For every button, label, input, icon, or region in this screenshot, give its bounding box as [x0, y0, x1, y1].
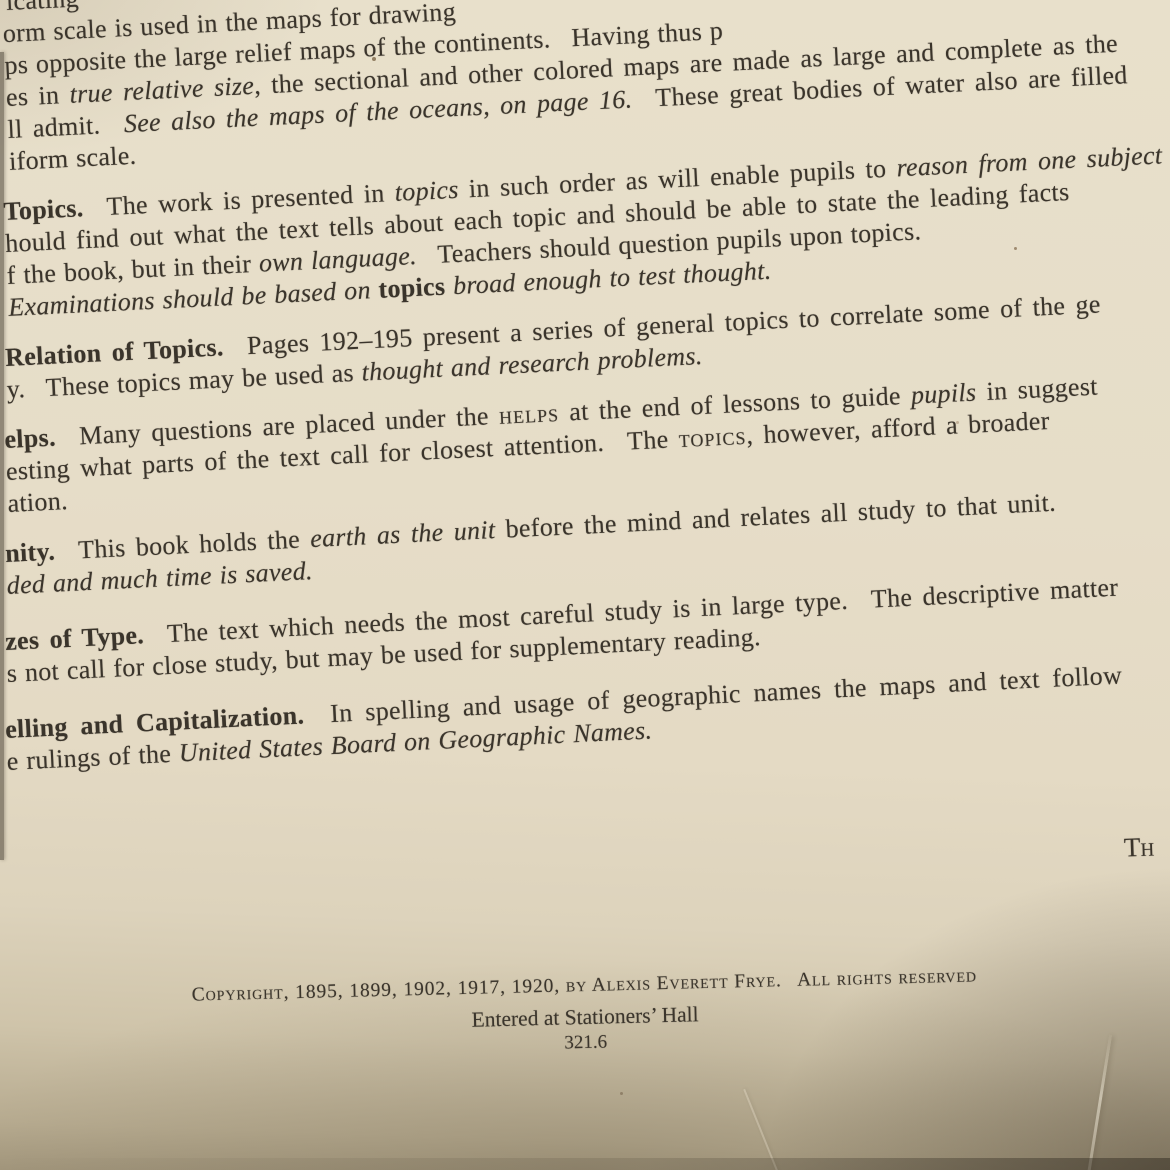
page-crease: [1087, 1035, 1112, 1170]
signature-fragment: Th: [1123, 831, 1154, 863]
text-segment: Topics.: [3, 193, 84, 226]
text-segment: icating: [5, 0, 79, 16]
text-segment: in suggest: [976, 372, 1099, 407]
text-segment: zes of Type.: [4, 620, 144, 656]
text-segment: es in: [5, 80, 70, 112]
paper-speck: [956, 421, 959, 424]
text-segment: topics: [394, 175, 459, 207]
text-segment: topics: [678, 421, 747, 453]
paper-speck: [372, 57, 376, 61]
text-segment: earth as the unit: [310, 515, 497, 553]
text-segment: e rulings of the: [6, 739, 180, 776]
imprint-block: Copyright, 1895, 1899, 1902, 1917, 1920,…: [0, 960, 1170, 1069]
text-segment: topics: [378, 272, 446, 304]
text-segment: pupils: [910, 378, 977, 410]
text-segment: iform scale.: [8, 141, 137, 176]
book-page-photo: { "colors": { "paper": "#e6ddc8", "ink":…: [0, 0, 1170, 1170]
paper-speck: [620, 1092, 623, 1095]
text-segment: nity.: [4, 537, 55, 568]
text-segment: elps.: [4, 423, 57, 454]
text-segment: ll admit.: [7, 109, 125, 144]
text-segment: helps: [498, 398, 559, 430]
page-edge-shadow: [0, 52, 4, 860]
page-text-block: icatingorm scale is used in the maps for…: [6, 0, 1170, 778]
text-segment: ation.: [7, 486, 69, 518]
paper-speck: [1014, 247, 1017, 250]
table-edge-shadow: [0, 1158, 1170, 1170]
